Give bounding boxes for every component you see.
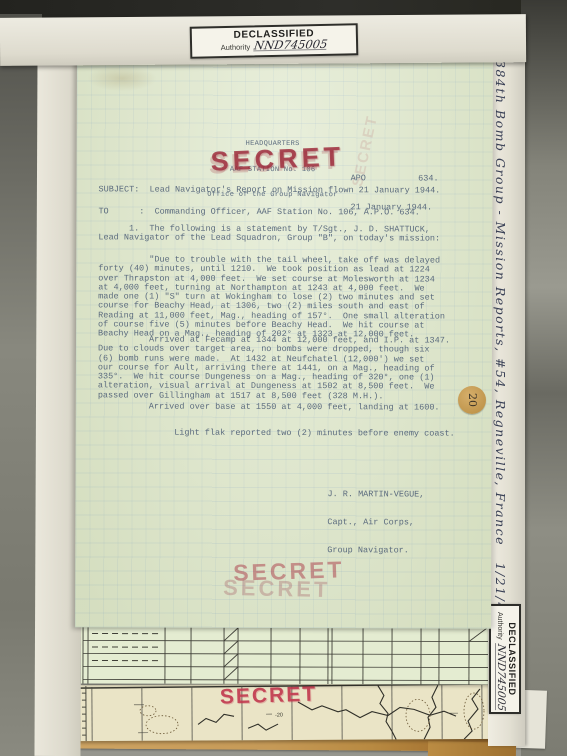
paragraph-intro: 1. The following is a statement by T/Sgt… [98, 224, 468, 244]
declassified-authority-number: NND745005 [253, 39, 328, 52]
paragraph-target-return: Arrived at Fecamp at 1344 at 12,000 feet… [98, 335, 468, 401]
paragraph-landing: Arrived over base at 1550 at 4,000 feet,… [98, 402, 468, 413]
scanned-document-photo: -20 SECRET [0, 0, 567, 756]
secret-stamp-faded-2: SECRET [223, 575, 331, 603]
declassified-authority-label: Authority [496, 612, 503, 640]
signature-title: Group Navigator. [327, 546, 424, 556]
secret-stamp-map: SECRET [220, 683, 318, 710]
apo-label: APO [351, 174, 366, 184]
apo-number: 634. [418, 174, 438, 184]
subject-line: SUBJECT: Lead Navigator's Report on Miss… [99, 185, 441, 195]
signature-rank: Capt., Air Corps, [327, 518, 424, 528]
declassified-authority-label: Authority [221, 42, 251, 52]
backdrop-right [521, 0, 567, 756]
map-fragment: -20 SECRET [78, 683, 504, 741]
edge-tab-sticker: 20 [458, 386, 486, 414]
declassified-title: DECLASSIFIED [506, 612, 517, 706]
secret-stamp-main: SECRET [210, 141, 345, 177]
to-line: TO : Commanding Officer, AAF Station No.… [98, 207, 419, 217]
paragraph-flak: Light flak reported two (2) minutes befo… [98, 428, 468, 439]
paper-stain [87, 65, 157, 91]
declassified-authority-number: NND745005 [495, 643, 506, 712]
map-depth-mark: -20 [275, 713, 283, 719]
flight-log-form-fragment [81, 621, 493, 684]
declassified-stamp-top: DECLASSIFIED Authority NND745005 [190, 23, 359, 59]
form-grid-lines [81, 621, 493, 684]
signature-name: J. R. MARTIN-VEGUE, [327, 490, 424, 500]
declassified-stamp-side: DECLASSIFIED Authority NND745005 [489, 604, 521, 714]
memo-page: HEADQUARTERS AAF STATION No. 106 Office … [75, 59, 493, 628]
paragraph-outbound-route: "Due to trouble with the tail wheel, tak… [98, 255, 468, 340]
edge-tab-label: 20 [458, 386, 486, 414]
